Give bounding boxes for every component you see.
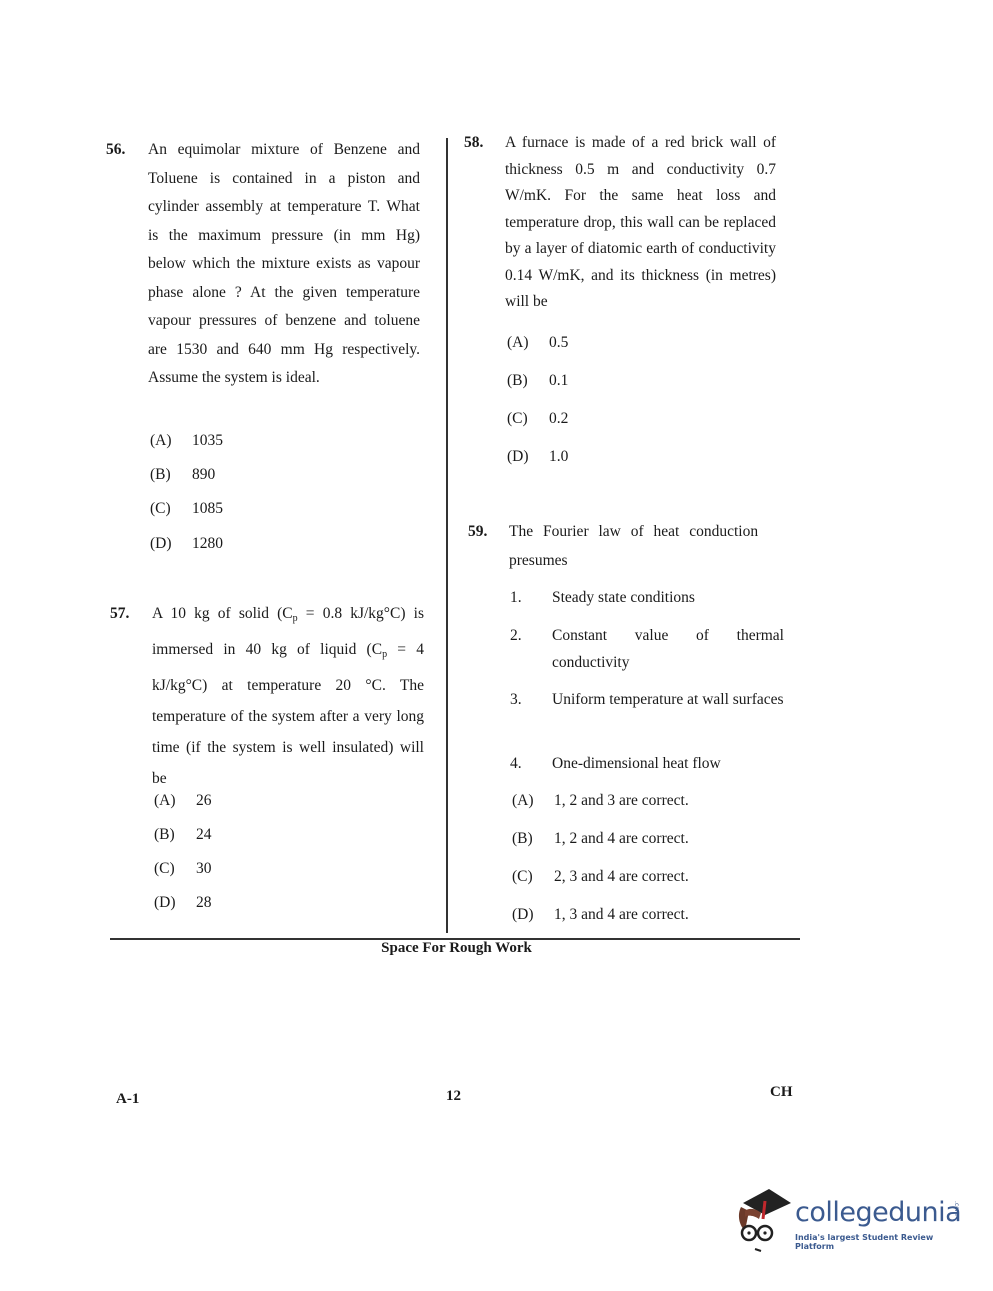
option-d[interactable]: (D)1, 3 and 4 are correct. bbox=[512, 906, 689, 924]
option-label: (A) bbox=[507, 334, 549, 352]
option-value: 2, 3 and 4 are correct. bbox=[554, 868, 689, 885]
option-c[interactable]: (C)30 bbox=[154, 860, 212, 878]
option-value: 1, 2 and 4 are correct. bbox=[554, 830, 689, 847]
option-label: (B) bbox=[512, 830, 554, 848]
rough-work-label: Space For Rough Work bbox=[0, 940, 913, 957]
option-value: 0.2 bbox=[549, 410, 568, 427]
option-a[interactable]: (A)26 bbox=[154, 792, 212, 810]
question-58: 58. A furnace is made of a red brick wal… bbox=[464, 130, 776, 316]
option-label: (C) bbox=[150, 500, 192, 518]
statement-text: One-dimensional heat flow bbox=[552, 750, 784, 777]
option-d[interactable]: (D)1.0 bbox=[507, 448, 568, 466]
question-number: 56. bbox=[106, 136, 125, 165]
option-value: 1035 bbox=[192, 432, 223, 449]
option-value: 30 bbox=[196, 860, 212, 877]
option-label: (A) bbox=[150, 432, 192, 450]
question-number: 58. bbox=[464, 130, 483, 157]
brand-name: collegedunia bbox=[795, 1197, 961, 1228]
option-c[interactable]: (C)2, 3 and 4 are correct. bbox=[512, 868, 689, 886]
statement-number: 4. bbox=[510, 750, 522, 777]
footer-left-code: A-1 bbox=[116, 1091, 139, 1108]
option-b[interactable]: (B)24 bbox=[154, 826, 212, 844]
column-divider bbox=[446, 138, 448, 933]
option-c[interactable]: (C)0.2 bbox=[507, 410, 568, 428]
text-part: = 4 kJ/kg°C) at temperature 20 °C. The t… bbox=[152, 641, 424, 787]
question-text: A 10 kg of solid (Cp = 0.8 kJ/kg°C) is i… bbox=[152, 598, 424, 794]
footer-right-code: CH bbox=[770, 1084, 793, 1101]
option-b[interactable]: (B)0.1 bbox=[507, 372, 568, 390]
question-56: 56. An equimolar mixture of Benzene and … bbox=[106, 136, 420, 393]
option-value: 24 bbox=[196, 826, 212, 843]
option-label: (D) bbox=[507, 448, 549, 466]
statement-text: Uniform temperature at wall surfaces bbox=[552, 686, 784, 713]
brand-suffix: .com bbox=[953, 1201, 960, 1216]
option-value: 1280 bbox=[192, 535, 223, 552]
option-d[interactable]: (D)28 bbox=[154, 894, 212, 912]
statement-3: 3. Uniform temperature at wall surfaces bbox=[510, 686, 785, 742]
option-label: (A) bbox=[512, 792, 554, 810]
question-text: The Fourier law of heat conduction presu… bbox=[509, 518, 780, 575]
option-label: (D) bbox=[150, 535, 192, 553]
option-label: (C) bbox=[507, 410, 549, 428]
question-57: 57. A 10 kg of solid (Cp = 0.8 kJ/kg°C) … bbox=[110, 598, 424, 794]
option-label: (A) bbox=[154, 792, 196, 810]
option-value: 0.1 bbox=[549, 372, 568, 389]
question-text: An equimolar mixture of Benzene and Tolu… bbox=[148, 136, 420, 393]
option-a[interactable]: (A)1, 2 and 3 are correct. bbox=[512, 792, 689, 810]
statement-number: 1. bbox=[510, 584, 522, 611]
option-label: (C) bbox=[154, 860, 196, 878]
statement-number: 3. bbox=[510, 686, 522, 713]
option-label: (D) bbox=[512, 906, 554, 924]
option-label: (C) bbox=[512, 868, 554, 886]
option-b[interactable]: (B)1, 2 and 4 are correct. bbox=[512, 830, 689, 848]
option-label: (B) bbox=[150, 466, 192, 484]
option-a[interactable]: (A)1035 bbox=[150, 432, 223, 450]
statement-text: Constant value of thermal conductivity bbox=[552, 622, 784, 676]
option-b[interactable]: (B)890 bbox=[150, 466, 215, 484]
question-number: 57. bbox=[110, 598, 129, 629]
option-c[interactable]: (C)1085 bbox=[150, 500, 223, 518]
option-value: 1.0 bbox=[549, 448, 568, 465]
option-label: (B) bbox=[507, 372, 549, 390]
brand-tagline: India's largest Student Review Platform bbox=[795, 1233, 965, 1251]
exam-page: 56. An equimolar mixture of Benzene and … bbox=[0, 0, 993, 1291]
collegedunia-logo: collegedunia .com India's largest Studen… bbox=[735, 1185, 965, 1255]
option-value: 1085 bbox=[192, 500, 223, 517]
option-label: (B) bbox=[154, 826, 196, 844]
statement-2: 2. Constant value of thermal conductivit… bbox=[510, 622, 785, 678]
text-part: A 10 kg of solid (C bbox=[152, 605, 293, 622]
option-value: 0.5 bbox=[549, 334, 568, 351]
statement-4: 4. One-dimensional heat flow bbox=[510, 750, 785, 780]
statement-number: 2. bbox=[510, 622, 522, 649]
option-label: (D) bbox=[154, 894, 196, 912]
statement-text: Steady state conditions bbox=[552, 584, 784, 611]
option-value: 890 bbox=[192, 466, 215, 483]
mascot-icon bbox=[735, 1185, 795, 1255]
option-value: 1, 3 and 4 are correct. bbox=[554, 906, 689, 923]
option-d[interactable]: (D)1280 bbox=[150, 535, 223, 553]
option-value: 1, 2 and 3 are correct. bbox=[554, 792, 689, 809]
option-value: 28 bbox=[196, 894, 212, 911]
question-text: A furnace is made of a red brick wall of… bbox=[505, 130, 776, 316]
page-number: 12 bbox=[446, 1088, 461, 1105]
question-number: 59. bbox=[468, 518, 487, 547]
statement-1: 1. Steady state conditions bbox=[510, 584, 785, 614]
option-value: 26 bbox=[196, 792, 212, 809]
option-a[interactable]: (A)0.5 bbox=[507, 334, 568, 352]
question-59: 59. The Fourier law of heat conduction p… bbox=[468, 518, 780, 575]
